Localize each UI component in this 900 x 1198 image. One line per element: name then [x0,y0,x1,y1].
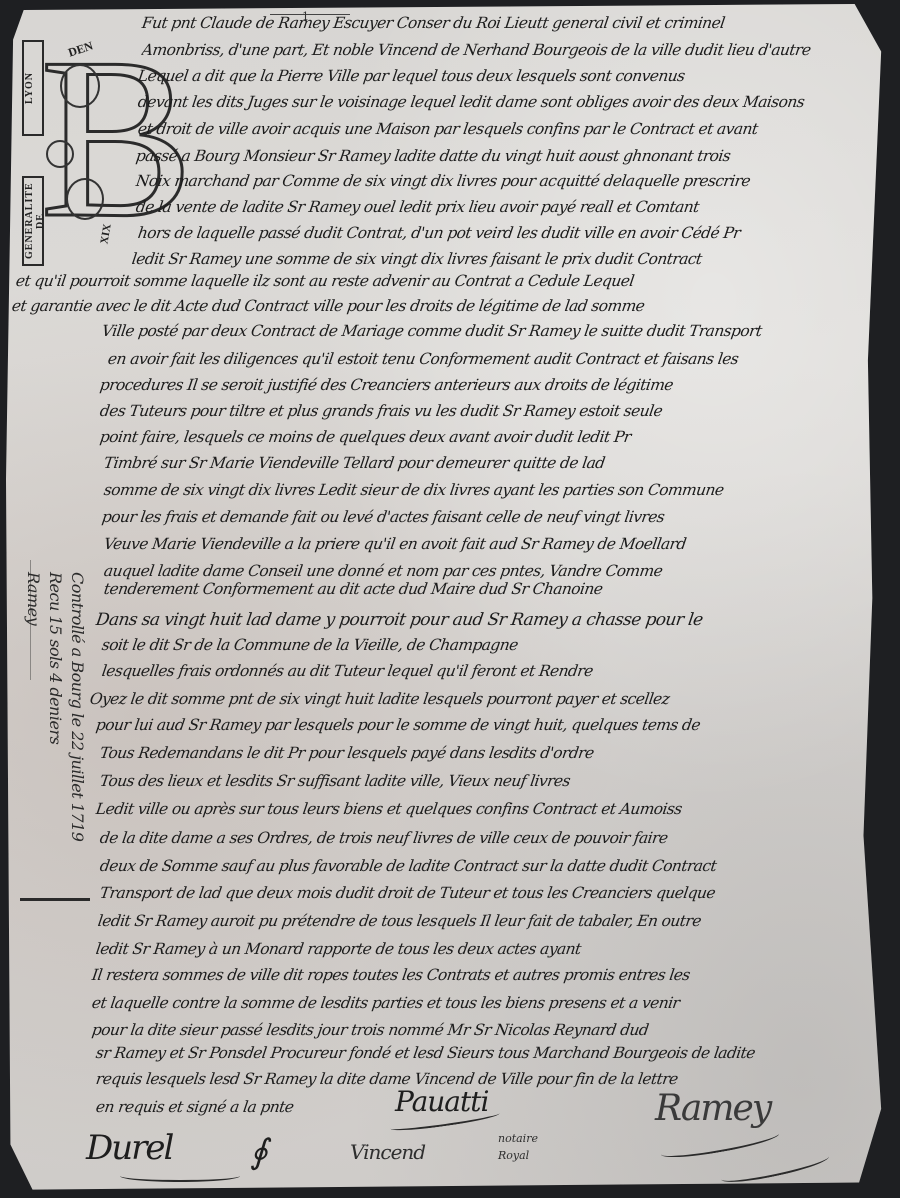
signature-notary: Vincend [350,1140,425,1164]
text-line: point faire, lesquels ce moins de quelqu… [99,428,854,446]
text-line: deux de Somme sauf au plus favorable de … [99,857,830,875]
text-line: devant les dits Juges sur le voisinage l… [137,93,858,111]
text-line: pour lui aud Sr Ramey par lesquels pour … [95,716,842,734]
text-line: Ville posté par deux Contract de Mariage… [101,322,856,340]
text-line: Transport de lad que deux mois dudit dro… [99,884,850,902]
manuscript-text: Fut pnt Claude de Ramey Escuyer Conser d… [0,0,900,1198]
text-line: somme de six vingt dix livres Ledit sieu… [103,481,846,499]
text-line: sr Ramey et Sr Ponsdel Procureur fondé e… [95,1044,846,1062]
notary-title: notaire Royal [498,1130,538,1164]
text-line: pour la dite sieur passé lesdits jour tr… [91,1021,850,1039]
text-line: en requis et signé a la pnte [95,1098,358,1116]
signature-flourish [120,1170,240,1182]
fold-mark [20,898,90,901]
notary-title-line: notaire [498,1130,538,1147]
text-line: Dans sa vingt huit lad dame y pourroit p… [95,610,852,630]
signature-ramey: Ramey [655,1088,770,1129]
text-line: tenderement Conformement au dit acte dud… [103,580,846,598]
text-line: de la dite dame a ses Ordres, de trois n… [99,829,842,847]
margin-note-line: Controllé a Bourg le 22 juillet 1719 [66,572,88,992]
text-line: Timbré sur Sr Marie Viendeville Tellard … [103,454,846,472]
text-line: passé a Bourg Monsieur Sr Ramey ladite d… [135,147,850,165]
text-line: Veuve Marie Viendeville a la priere qu'i… [103,535,854,553]
text-line: Fut pnt Claude de Ramey Escuyer Conser d… [141,14,864,32]
text-line: procedures Il se seroit justifié des Cre… [99,376,854,394]
text-line: Ledit ville ou après sur tous leurs bien… [95,800,856,818]
text-line: ledit Sr Ramey à un Monard rapporte de t… [95,940,862,958]
text-line: Tous des lieux et lesdits Sr suffisant l… [99,772,842,790]
text-line: ledit Sr Ramey auroit pu prétendre de to… [97,912,852,930]
text-line: hors de laquelle passé dudit Contrat, d'… [137,224,862,242]
margin-registration-note: Controllé a Bourg le 22 juillet 1719 Rec… [28,572,88,992]
text-line: et qu'il pourroit somme laquelle ilz son… [15,272,856,290]
text-line: auquel ladite dame Conseil une donné et … [103,562,822,580]
text-line: et laquelle contre la somme de lesdits p… [91,994,860,1012]
text-line: Lequel a dit que la Pierre Ville par leq… [137,67,858,85]
signature-paraph: ∮ [250,1132,268,1172]
text-line: Oyez le dit somme pnt de six vingt huit … [89,690,854,708]
text-line: et garantie avec le dit Acte dud Contrac… [11,297,860,315]
text-line: en avoir fait les diligences qu'il estoi… [107,350,858,368]
text-line: des Tuteurs pour tiltre et plus grands f… [99,402,854,420]
margin-note-line: Recu 15 sols 4 deniers [44,572,66,992]
text-line: Amonbriss, d'une part, Et noble Vincend … [141,41,854,59]
notary-title-line: Royal [498,1147,538,1164]
margin-note-line: Ramey [22,572,44,992]
signature-durel: Durel [86,1128,172,1168]
text-line: soit le dit Sr de la Commune de la Vieil… [101,636,852,654]
text-line: Noix marchand par Comme de six vingt dix… [135,172,854,190]
text-line: lesquelles frais ordonnés au dit Tuteur … [101,662,856,680]
text-line: ledit Sr Ramey une somme de six vingt di… [131,250,862,268]
text-line: Tous Redemandans le dit Pr pour lesquels… [99,744,838,762]
text-line: et droit de ville avoir acquis une Maiso… [137,120,840,138]
text-line: Il restera sommes de ville dit ropes tou… [91,966,858,984]
text-line: pour les frais et demande fait ou levé d… [101,508,850,526]
text-line: de la vente de ladite Sr Ramey ouel ledi… [135,198,856,216]
